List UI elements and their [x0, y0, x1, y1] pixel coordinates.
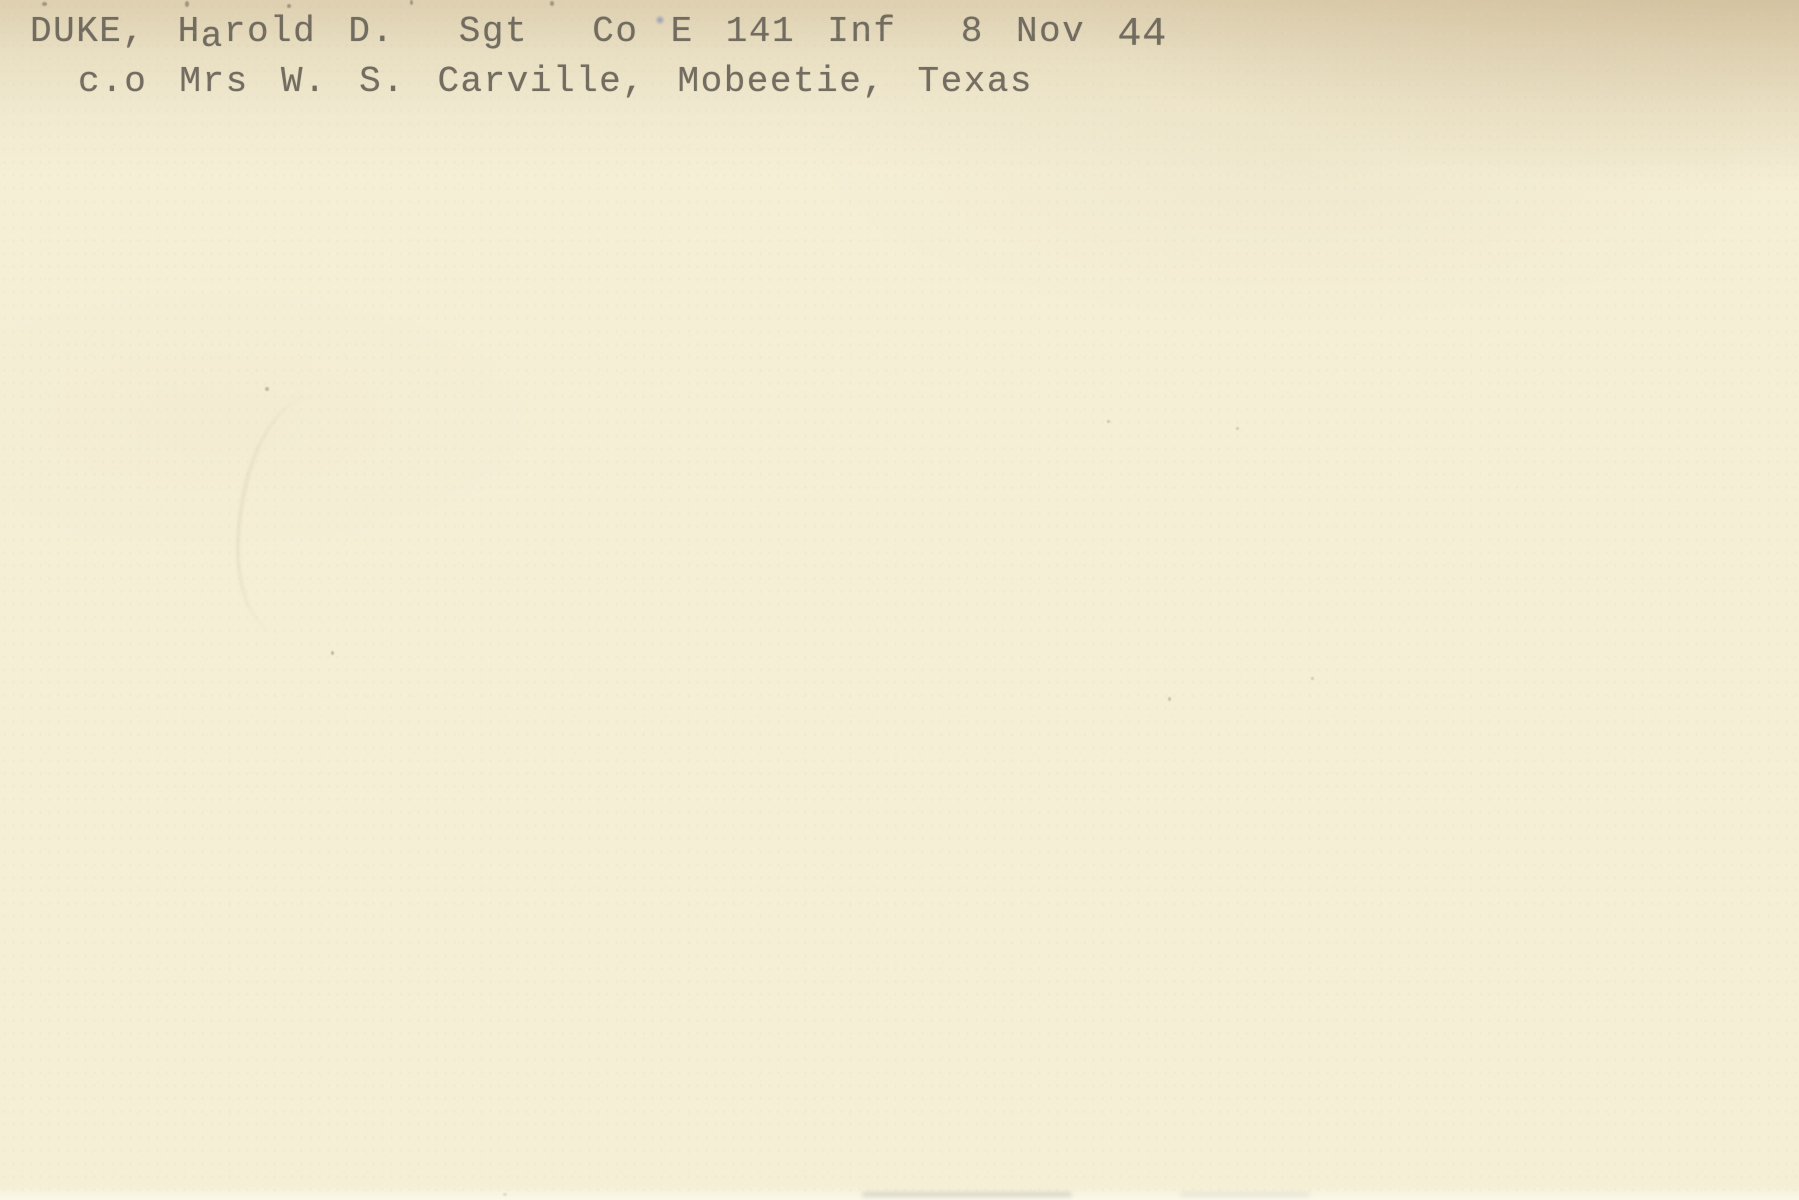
paper-speck — [265, 387, 269, 391]
name-text: DUKE, H — [30, 11, 201, 52]
blue-ink-speck — [655, 15, 665, 25]
paper-speck — [1168, 697, 1171, 701]
paper-speck — [331, 651, 334, 655]
paper-speck — [410, 0, 413, 5]
paper-speck — [42, 2, 47, 6]
year-figures: 44 — [1117, 12, 1166, 59]
paper-speck — [1107, 420, 1110, 423]
index-card: DUKE, Harold D. Sgt Co E 141 Inf 8 Nov 4… — [0, 0, 1799, 1200]
pencil-mark — [224, 388, 378, 643]
paper-speck — [287, 4, 291, 8]
paper-speck — [1311, 677, 1314, 680]
paper-speck — [550, 1, 554, 6]
typed-line-name-rank-unit-date: DUKE, Harold D. Sgt Co E 141 Inf 8 Nov 4… — [30, 8, 1167, 55]
scan-edge-highlight — [0, 1186, 1799, 1200]
rank-unit-date-text: rold D. Sgt Co E 141 Inf 8 Nov — [224, 11, 1118, 52]
typed-line-address: c.o Mrs W. S. Carville, Mobeetie, Texas — [78, 58, 1033, 105]
paper-speck — [185, 1, 189, 7]
dropped-typewriter-char: a — [201, 13, 224, 60]
paper-speck — [1236, 427, 1239, 430]
